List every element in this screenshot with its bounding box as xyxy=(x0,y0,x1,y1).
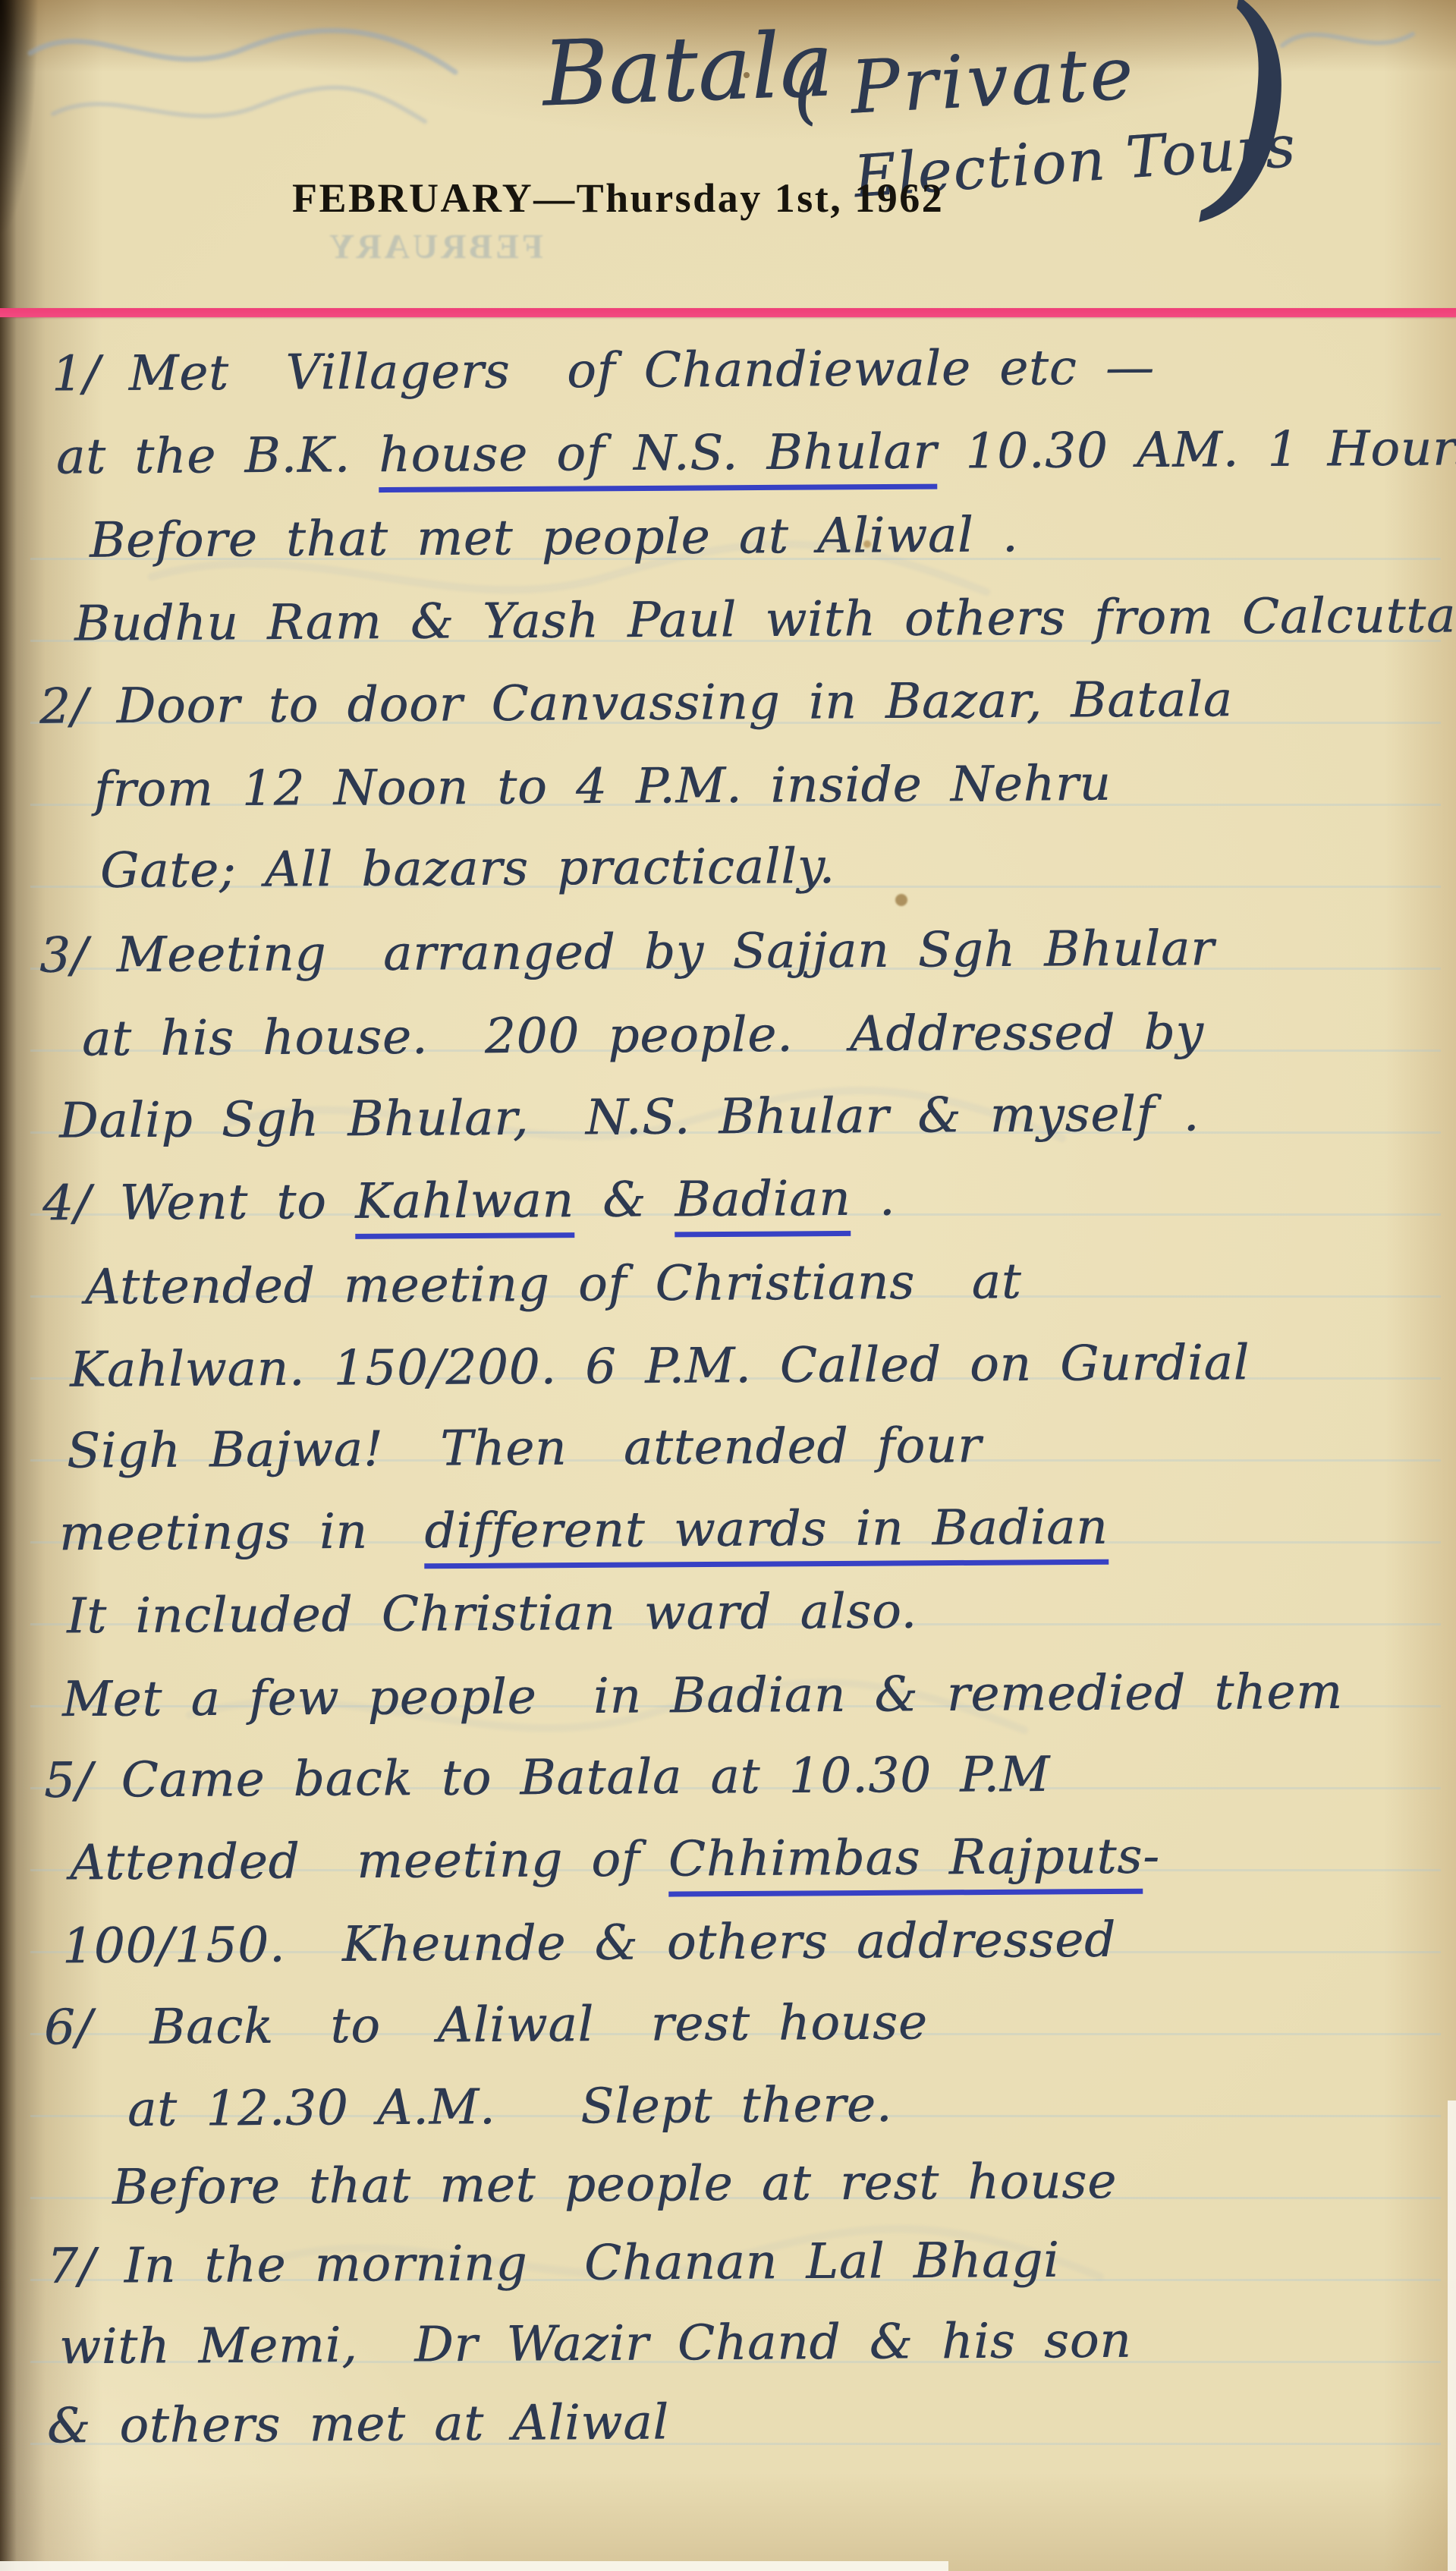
diary-line-10: Dalip Sgh Bhular, N.S. Bhular & myself . xyxy=(59,1086,1200,1149)
right-scan-edge xyxy=(1448,2101,1456,2571)
diary-line-1: 1/ Met Villagers of Chandiewale etc — xyxy=(52,340,1155,403)
diary-line-17: Met a few people in Badian & remedied th… xyxy=(62,1664,1343,1728)
diary-line-16: It included Christian ward also. xyxy=(67,1584,917,1645)
blue-underline: Chhimbas Rajputs xyxy=(668,1829,1143,1897)
blue-underline: Badian xyxy=(675,1171,851,1237)
blue-underline: house of N.S. Bhular xyxy=(379,424,937,492)
handwritten-place-header: Batala xyxy=(541,11,835,126)
diary-line-26: & others met at Aliwal xyxy=(47,2394,669,2454)
diary-line-7: Gate; All bazars practically. xyxy=(100,839,835,899)
pink-rule xyxy=(0,308,1456,317)
diary-line-25: with Memi, Dr Wazir Chand & his son xyxy=(59,2313,1132,2376)
ink-spot xyxy=(895,894,907,906)
bottom-scan-edge xyxy=(0,2561,948,2571)
diary-line-6: from 12 Noon to 4 P.M. inside Nehru xyxy=(94,756,1112,818)
diary-line-22: at 12.30 A.M. Slept there. xyxy=(127,2077,893,2138)
diary-line-11: 4/ Went to Kahlwan & Badian . xyxy=(42,1171,896,1232)
diary-line-8: 3/ Meeting arranged by Sajjan Sgh Bhular xyxy=(39,920,1215,983)
diary-line-15: meetings in different wards in Badian xyxy=(59,1499,1109,1562)
diary-line-2: at the B.K. house of N.S. Bhular 10.30 A… xyxy=(56,420,1456,485)
closing-paren-stroke: ) xyxy=(1178,0,1325,256)
diary-line-20: 100/150. Kheunde & others addressed xyxy=(62,1912,1116,1975)
diary-page: Batala ( Private Election Tours ) FEBRUA… xyxy=(0,0,1456,2571)
diary-line-5: 2/ Door to door Canvassing in Bazar, Bat… xyxy=(39,672,1233,735)
diary-line-23: Before that met people at rest house xyxy=(112,2154,1117,2216)
blue-underline: different wards in Badian xyxy=(424,1499,1109,1569)
diary-line-12: Attended meeting of Christians at xyxy=(85,1254,1022,1316)
diary-line-3: Before that met people at Aliwal . xyxy=(90,507,1019,568)
handwritten-note-open: ( Private xyxy=(791,30,1137,134)
ghost-date-heading: FEBRUARY xyxy=(326,226,543,266)
diary-line-19: Attended meeting of Chhimbas Rajputs- xyxy=(70,1829,1160,1892)
printed-date-heading: FEBRUARY—Thursday 1st, 1962 xyxy=(292,175,944,222)
diary-line-18: 5/ Came back to Batala at 10.30 P.M xyxy=(44,1747,1051,1809)
diary-line-13: Kahlwan. 150/200. 6 P.M. Called on Gurdi… xyxy=(70,1335,1250,1398)
diary-line-14: Sigh Bajwa! Then attended four xyxy=(67,1418,982,1479)
diary-line-24: 7/ In the morning Chanan Lal Bhagi xyxy=(47,2233,1060,2295)
diary-line-9: at his house. 200 people. Addressed by xyxy=(82,1004,1204,1067)
blue-underline: Kahlwan xyxy=(355,1172,574,1239)
diary-line-4: Budhu Ram & Yash Paul with others from C… xyxy=(74,587,1456,652)
diary-line-21: 6/ Back to Aliwal rest house xyxy=(44,1994,928,2056)
